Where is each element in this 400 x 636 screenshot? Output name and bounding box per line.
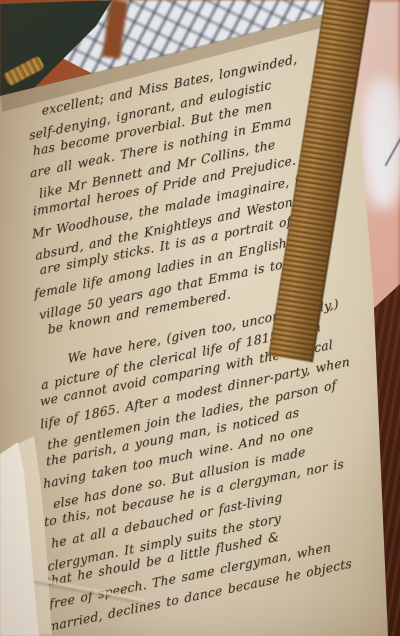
photo-of-manuscript-page: excellent; and Miss Bates, longwinded, s… (0, 0, 400, 636)
